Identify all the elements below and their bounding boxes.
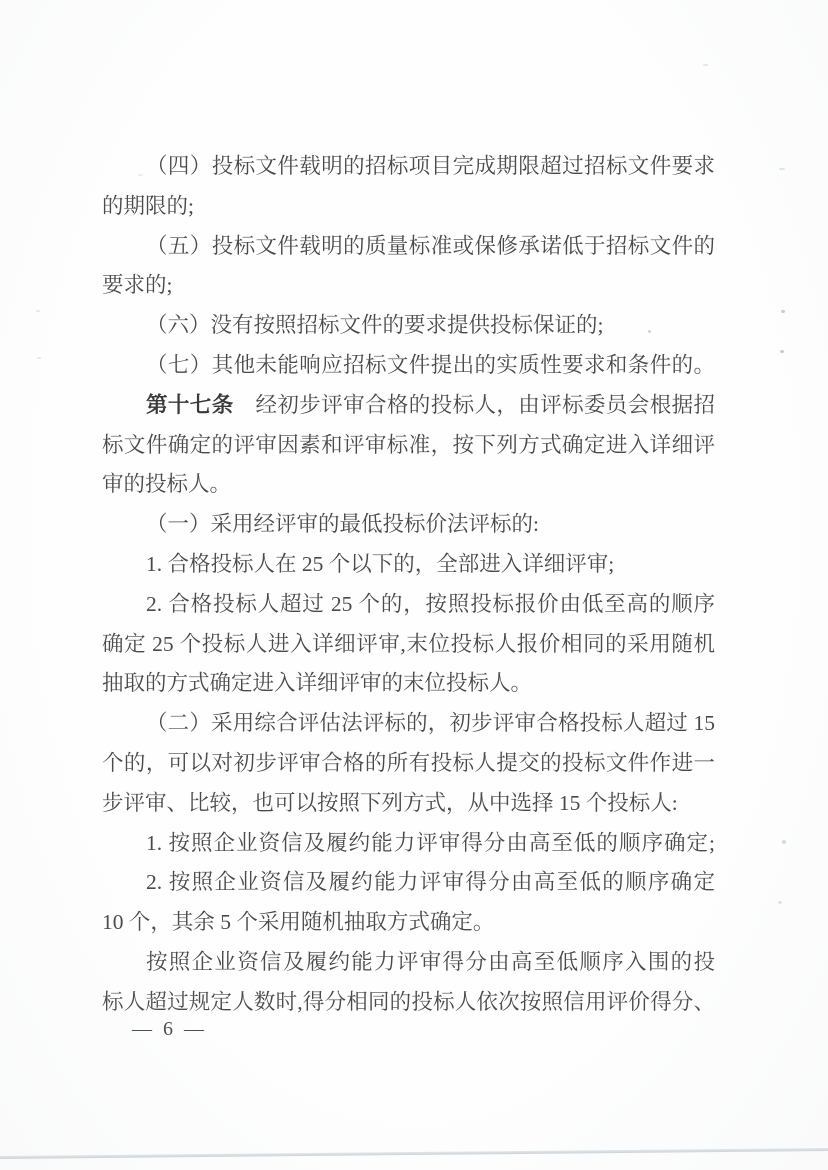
text-run: 的期限的; — [102, 194, 194, 218]
text-line: （一）采用经评审的最低投标价法评标的: — [102, 505, 715, 545]
text-line: 1. 合格投标人在 25 个以下的，全部进入详细评审; — [102, 545, 715, 585]
text-run: （二）采用综合评估法评标的，初步评审合格投标人超过 15 — [146, 711, 715, 735]
text-run: 10 个，其余 5 个采用随机抽取方式确定。 — [102, 910, 494, 934]
text-line: （四）投标文件载明的招标项目完成期限超过招标文件要求 — [102, 147, 715, 187]
text-run: 按照企业资信及履约能力评审得分由高至低顺序入围的投 — [146, 950, 715, 974]
text-run: 抽取的方式确定进入详细评审的末位投标人。 — [102, 671, 532, 695]
text-run: 1. 合格投标人在 25 个以下的，全部进入详细评审; — [146, 552, 614, 576]
text-run: 确定 25 个投标人进入详细评审,末位投标人报价相同的采用随机 — [102, 632, 715, 656]
text-run: （六）没有按照招标文件的要求提供投标保证的; — [146, 313, 603, 337]
text-line: 第十七条 经初步评审合格的投标人，由评标委员会根据招 — [102, 386, 715, 426]
scan-speck — [779, 168, 785, 170]
text-run: （七）其他未能响应招标文件提出的实质性要求和条件的。 — [146, 353, 715, 377]
text-run: （五）投标文件载明的质量标准或保修承诺低于招标文件的 — [146, 234, 715, 258]
text-line: 标文件确定的评审因素和评审标准，按下列方式确定进入详细评 — [102, 426, 715, 466]
text-line: 抽取的方式确定进入详细评审的末位投标人。 — [102, 664, 715, 704]
text-line: 按照企业资信及履约能力评审得分由高至低顺序入围的投 — [102, 943, 715, 983]
text-run: 标人超过规定人数时,得分相同的投标人依次按照信用评价得分、 — [102, 990, 715, 1014]
text-run: 审的投标人。 — [102, 472, 231, 496]
text-line: （七）其他未能响应招标文件提出的实质性要求和条件的。 — [102, 346, 715, 386]
scan-speck — [703, 64, 708, 66]
scan-speck — [138, 174, 143, 176]
text-run: 经初步评审合格的投标人，由评标委员会根据招 — [234, 393, 715, 417]
text-line: 确定 25 个投标人进入详细评审,末位投标人报价相同的采用随机 — [102, 625, 715, 665]
text-line: （六）没有按照招标文件的要求提供投标保证的; — [102, 306, 715, 346]
text-line: 标人超过规定人数时,得分相同的投标人依次按照信用评价得分、 — [102, 983, 715, 1023]
scan-speck — [778, 901, 782, 904]
scan-speck — [781, 310, 785, 313]
text-line: 审的投标人。 — [102, 465, 715, 505]
page-number: — 6 — — [132, 1018, 207, 1041]
text-run: 标文件确定的评审因素和评审标准，按下列方式确定进入详细评 — [102, 433, 715, 457]
text-run: 2. 按照企业资信及履约能力评审得分由高至低的顺序确定 — [146, 870, 715, 894]
text-run: 1. 按照企业资信及履约能力评审得分由高至低的顺序确定; — [146, 831, 715, 855]
scan-speck — [782, 840, 786, 844]
text-line: 2. 按照企业资信及履约能力评审得分由高至低的顺序确定 — [102, 863, 715, 903]
scan-speck — [37, 357, 41, 359]
text-run: 要求的; — [102, 273, 172, 297]
document-page: （四）投标文件载明的招标项目完成期限超过招标文件要求的期限的;（五）投标文件载明… — [0, 0, 828, 1170]
text-line: 个的，可以对初步评审合格的所有投标人提交的投标文件作进一 — [102, 744, 715, 784]
article-heading: 第十七条 — [146, 393, 234, 417]
text-line: 要求的; — [102, 266, 715, 306]
text-line: 的期限的; — [102, 187, 715, 227]
text-run: （四）投标文件载明的招标项目完成期限超过招标文件要求 — [146, 154, 715, 178]
text-line: 1. 按照企业资信及履约能力评审得分由高至低的顺序确定; — [102, 824, 715, 864]
text-line: 10 个，其余 5 个采用随机抽取方式确定。 — [102, 903, 715, 943]
scan-speck — [648, 330, 651, 333]
text-run: 步评审、比较，也可以按照下列方式，从中选择 15 个投标人: — [102, 791, 678, 815]
text-line: 步评审、比较，也可以按照下列方式，从中选择 15 个投标人: — [102, 784, 715, 824]
document-body: （四）投标文件载明的招标项目完成期限超过招标文件要求的期限的;（五）投标文件载明… — [102, 147, 715, 1023]
text-line: 2. 合格投标人超过 25 个的，按照投标报价由低至高的顺序 — [102, 585, 715, 625]
text-run: 2. 合格投标人超过 25 个的，按照投标报价由低至高的顺序 — [146, 592, 715, 616]
scan-paper-edge — [0, 1148, 828, 1159]
scan-speck — [780, 350, 784, 353]
text-run: 个的，可以对初步评审合格的所有投标人提交的投标文件作进一 — [102, 751, 715, 775]
text-line: （二）采用综合评估法评标的，初步评审合格投标人超过 15 — [102, 704, 715, 744]
scan-speck — [36, 310, 40, 312]
text-line: （五）投标文件载明的质量标准或保修承诺低于招标文件的 — [102, 227, 715, 267]
text-run: （一）采用经评审的最低投标价法评标的: — [146, 512, 539, 536]
